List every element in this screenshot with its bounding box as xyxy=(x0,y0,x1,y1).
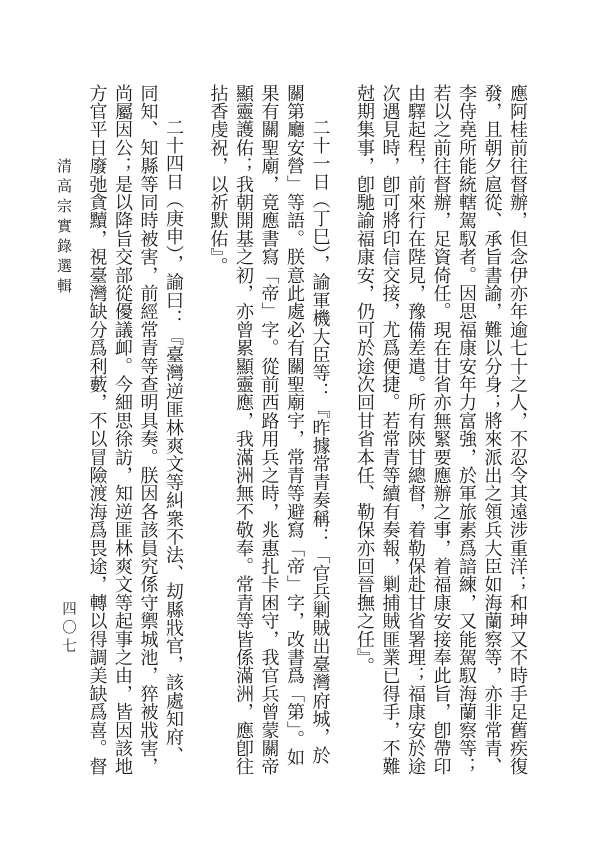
entry-date: 二十四日（庚申）， xyxy=(163,118,184,273)
main-text-block: 應阿桂前往督辦，但念伊亦年逾七十之人，不忍令其遠涉重洋；和珅又不時手足舊疾復發，… xyxy=(82,84,530,778)
entry-day-24: 二十四日（庚申），諭曰：『臺灣逆匪林爽文等糾衆不法、刧縣戕官，該處知府、同知、知… xyxy=(84,84,186,778)
entry-date: 二十一日（丁巳）， xyxy=(310,118,331,273)
entry-day-21: 二十一日（丁巳），諭軍機大臣等：『昨據常青奏稱：「官兵剿賊出臺灣府城，於關第廳安… xyxy=(205,84,333,778)
entry-continuation: 應阿桂前往督辦，但念伊亦年逾七十之人，不忍令其遠涉重洋；和珅又不時手足舊疾復發，… xyxy=(352,84,531,778)
entry-body: 應阿桂前往督辦，但念伊亦年逾七十之人，不忍令其遠涉重洋；和珅又不時手足舊疾復發，… xyxy=(354,84,528,776)
spine-title: 清高宗實錄選輯 xyxy=(54,158,75,298)
book-page: 清高宗實錄選輯 四〇七 應阿桂前往督辦，但念伊亦年逾七十之人，不忍令其遠涉重洋；… xyxy=(0,0,600,848)
folio-number: 四〇七 xyxy=(58,601,79,657)
